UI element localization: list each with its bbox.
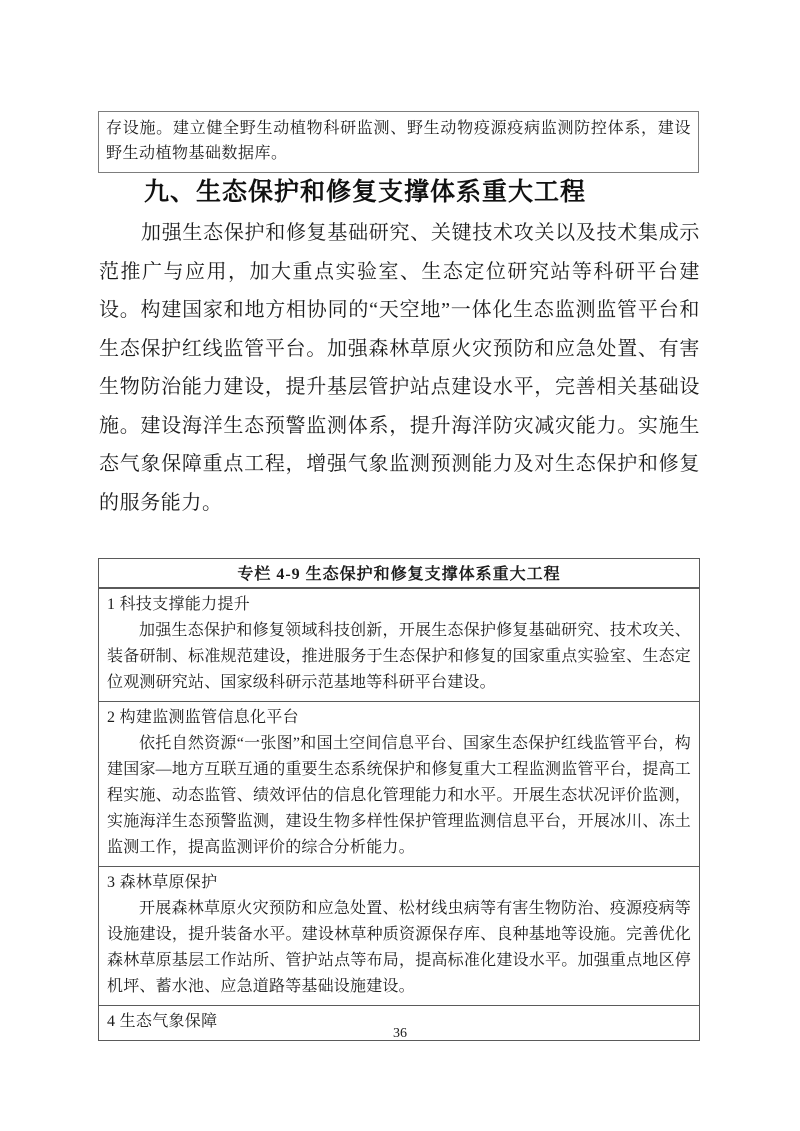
panel-section-3: 3 森林草原保护 开展森林草原火灾预防和应急处置、松材线虫病等有害生物防治、疫源… <box>99 867 699 1006</box>
section-heading: 九、生态保护和修复支撑体系重大工程 <box>99 172 700 208</box>
panel-section-body: 依托自然资源“一张图”和国土空间信息平台、国家生态保护红线监管平台，构建国家—地… <box>107 731 691 861</box>
panel-section-body: 加强生态保护和修复领域科技创新，开展生态保护修复基础研究、技术攻关、装备研制、标… <box>107 618 691 696</box>
panel-continuation-box: 存设施。建立健全野生动植物科研监测、野生动物疫源疫病监测防控体系，建设野生动植物… <box>98 111 699 173</box>
panel-section-heading: 3 森林草原保护 <box>107 870 691 896</box>
body-paragraph: 加强生态保护和修复基础研究、关键技术攻关以及技术集成示范推广与应用，加大重点实验… <box>99 214 700 522</box>
panel-title: 专栏 4-9 生态保护和修复支撑体系重大工程 <box>99 559 699 589</box>
panel-section-body: 开展森林草原火灾预防和应急处置、松材线虫病等有害生物防治、疫源疫病等设施建设，提… <box>107 896 691 1000</box>
document-page: 存设施。建立健全野生动植物科研监测、野生动物疫源疫病监测防控体系，建设野生动植物… <box>0 0 800 1131</box>
panel-continuation-text: 存设施。建立健全野生动植物科研监测、野生动物疫源疫病监测防控体系，建设野生动植物… <box>106 116 691 166</box>
panel-section-heading: 2 构建监测监管信息化平台 <box>107 705 691 731</box>
panel-section-1: 1 科技支撑能力提升 加强生态保护和修复领域科技创新，开展生态保护修复基础研究、… <box>99 589 699 702</box>
page-number: 36 <box>0 1026 800 1042</box>
feature-panel-4-9: 专栏 4-9 生态保护和修复支撑体系重大工程 1 科技支撑能力提升 加强生态保护… <box>98 558 700 1041</box>
panel-section-heading: 1 科技支撑能力提升 <box>107 592 691 618</box>
panel-section-2: 2 构建监测监管信息化平台 依托自然资源“一张图”和国土空间信息平台、国家生态保… <box>99 702 699 867</box>
